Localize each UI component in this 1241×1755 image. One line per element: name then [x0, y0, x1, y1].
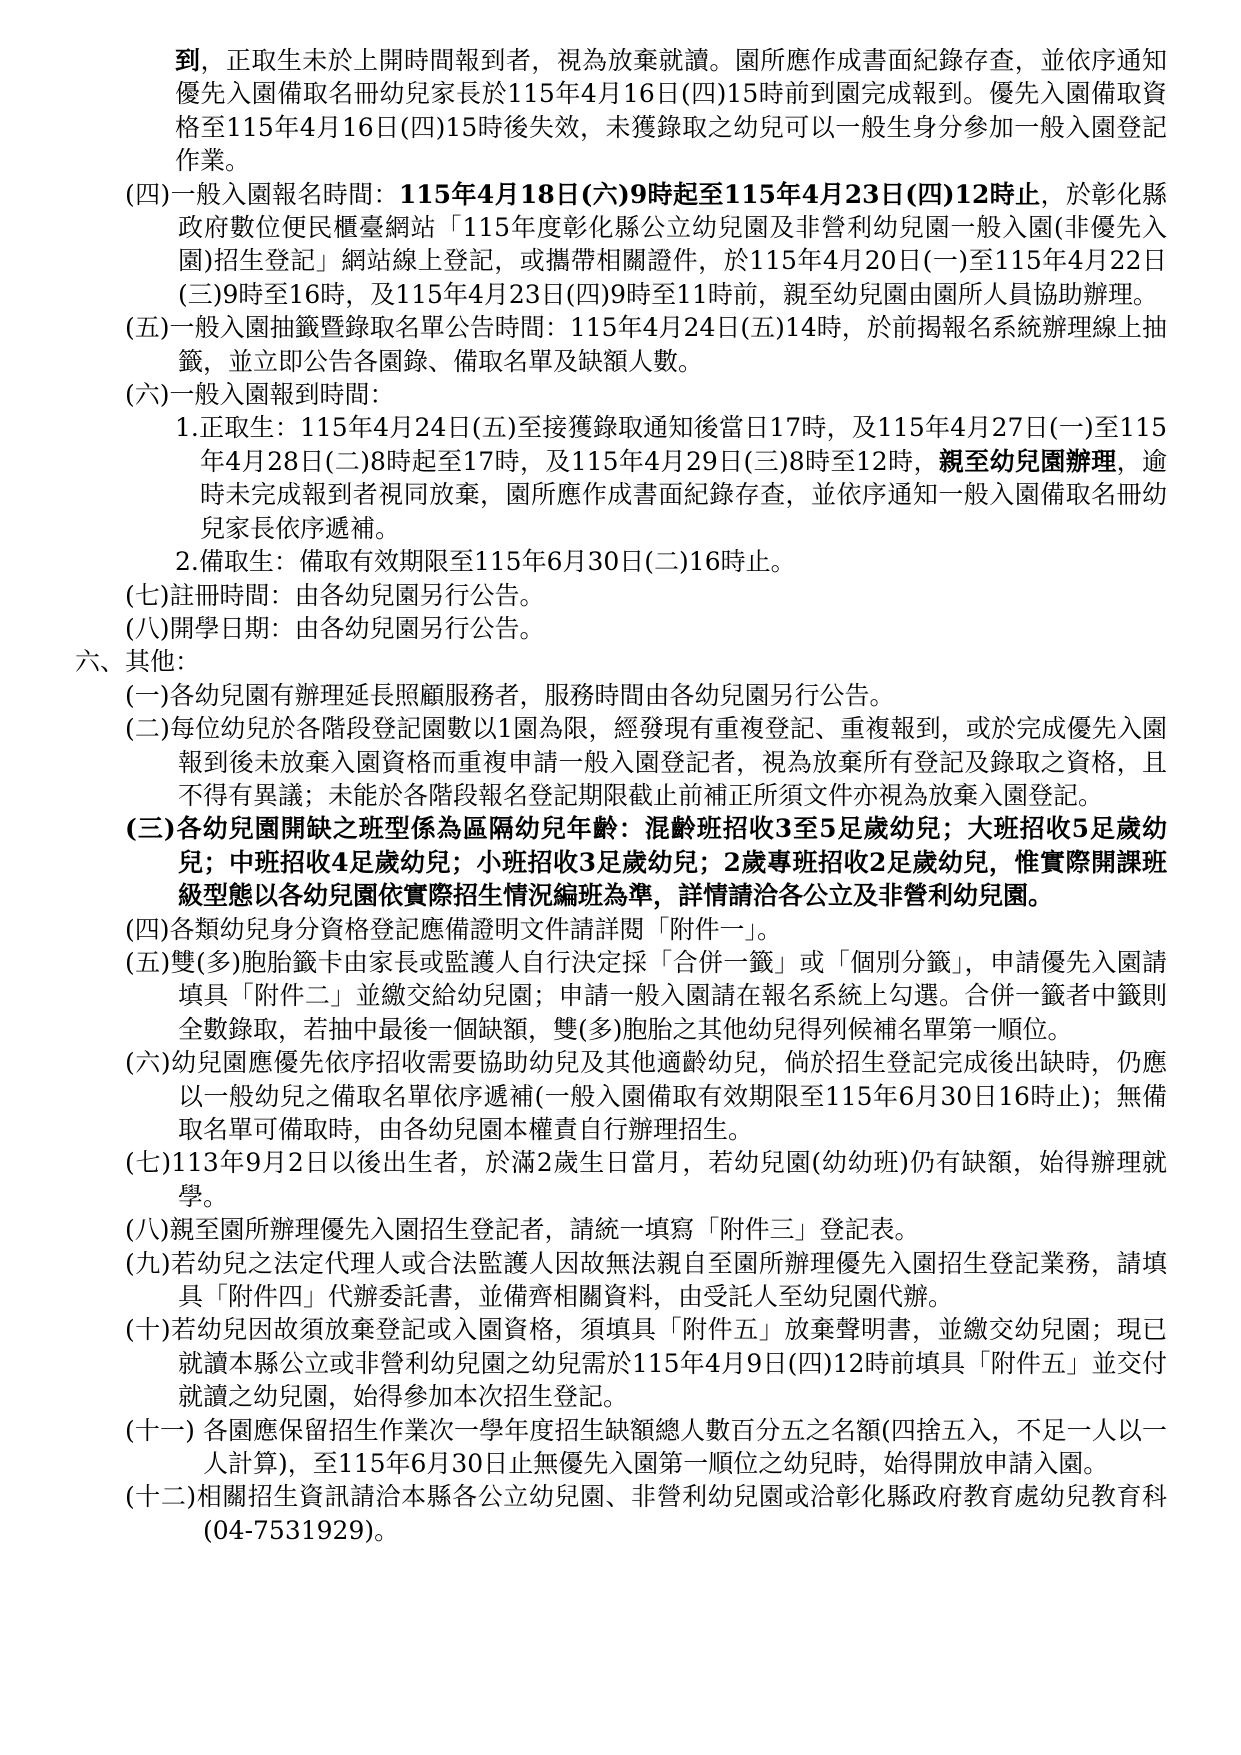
text-run: (七)113年9月2日以後出生者，於滿2歲生日當月，若幼兒園(幼幼班)仍有缺額，…: [125, 1148, 1167, 1210]
text-run: 親至幼兒園辦理: [939, 447, 1117, 476]
subitem-1-admitted-students: 1.正取生：115年4月24日(五)至接獲錄取通知後當日17時，及115年4月2…: [0, 411, 1167, 545]
other-4-required-documents: (四)各類幼兒身分資格登記應備證明文件請詳閱「附件一」。: [0, 913, 1167, 946]
section-6-others-heading: 六、其他：: [0, 645, 1167, 678]
text-run: (一)各幼兒園有辦理延長照顧服務者，服務時間由各幼兒園另行公告。: [125, 681, 895, 710]
text-run: (五)一般入園抽籤暨錄取名單公告時間：115年4月24日(五)14時，於前揭報名…: [125, 313, 1167, 375]
document-page: 到，正取生未於上開時間報到者，視為放棄就讀。園所應作成書面紀錄存查，並依序通知優…: [0, 0, 1241, 1755]
text-run: (十二)相關招生資訊請洽本縣各公立幼兒園、非營利幼兒園或洽彰化縣政府教育處幼兒教…: [125, 1482, 1167, 1544]
other-2-single-registration-limit: (二)每位幼兒於各階段登記園數以1園為限，經發現有重複登記、重複報到，或於完成優…: [0, 712, 1167, 812]
text-run: 115年4月18日(六)9時起至115年4月23日(四)12時止: [399, 180, 1041, 209]
other-9-proxy-registration: (九)若幼兒之法定代理人或合法監護人因故無法親自至園所辦理優先入園招生登記業務，…: [0, 1247, 1167, 1314]
text-run: (十一) 各園應保留招生作業次一學年度招生缺額總人數百分五之名額(四捨五入，不足…: [125, 1416, 1167, 1478]
other-11-reserved-quota: (十一) 各園應保留招生作業次一學年度招生缺額總人數百分五之名額(四捨五入，不足…: [0, 1414, 1167, 1481]
other-8-attachment-3-form: (八)親至園所辦理優先入園招生登記者，請統一填寫「附件三」登記表。: [0, 1213, 1167, 1246]
other-6-priority-admission-waitlist: (六)幼兒園應優先依序招收需要協助幼兒及其他適齡幼兒，倘於招生登記完成後出缺時，…: [0, 1046, 1167, 1146]
text-run: (四)各類幼兒身分資格登記應備證明文件請詳閱「附件一」。: [125, 915, 782, 944]
text-run: (三)各幼兒園開缺之班型係為區隔幼兒年齡：混齡班招收3至5足歲幼兒；大班招收5足…: [125, 814, 1167, 910]
item-7-enrollment-time: (七)註冊時間：由各幼兒園另行公告。: [0, 579, 1167, 612]
text-run: ，正取生未於上開時間報到者，視為放棄就讀。園所應作成書面紀錄存查，並依序通知優先…: [175, 46, 1167, 175]
other-1-extended-care: (一)各幼兒園有辦理延長照顧服務者，服務時間由各幼兒園另行公告。: [0, 679, 1167, 712]
text-run: (八)開學日期：由各幼兒園另行公告。: [125, 614, 545, 643]
item-5-lottery-announcement-time: (五)一般入園抽籤暨錄取名單公告時間：115年4月24日(五)14時，於前揭報名…: [0, 311, 1167, 378]
other-10-waiver-declaration: (十)若幼兒因故須放棄登記或入園資格，須填具「附件五」放棄聲明書，並繳交幼兒園；…: [0, 1313, 1167, 1413]
other-7-age-2-enrollment: (七)113年9月2日以後出生者，於滿2歲生日當月，若幼兒園(幼幼班)仍有缺額，…: [0, 1146, 1167, 1213]
text-run: (十)若幼兒因故須放棄登記或入園資格，須填具「附件五」放棄聲明書，並繳交幼兒園；…: [125, 1315, 1167, 1411]
other-12-contact-info: (十二)相關招生資訊請洽本縣各公立幼兒園、非營利幼兒園或洽彰化縣政府教育處幼兒教…: [0, 1480, 1167, 1547]
text-run: 2.備取生：備取有效期限至115年6月30日(二)16時止。: [175, 547, 796, 576]
item-8-school-start-date: (八)開學日期：由各幼兒園另行公告。: [0, 612, 1167, 645]
subitem-2-waitlist-students: 2.備取生：備取有效期限至115年6月30日(二)16時止。: [0, 545, 1167, 578]
other-3-class-types: (三)各幼兒園開缺之班型係為區隔幼兒年齡：混齡班招收3至5足歲幼兒；大班招收5足…: [0, 812, 1167, 912]
text-run: (二)每位幼兒於各階段登記園數以1園為限，經發現有重複登記、重複報到，或於完成優…: [125, 714, 1167, 810]
other-5-twins-lottery: (五)雙(多)胞胎籤卡由家長或監護人自行決定採「合併一籤」或「個別分籤」，申請優…: [0, 946, 1167, 1046]
text-run: (五)雙(多)胞胎籤卡由家長或監護人自行決定採「合併一籤」或「個別分籤」，申請優…: [125, 948, 1167, 1044]
text-run: 到: [175, 46, 200, 75]
text-run: 六、其他：: [75, 647, 200, 676]
text-run: (七)註冊時間：由各幼兒園另行公告。: [125, 581, 545, 610]
text-run: (八)親至園所辦理優先入園招生登記者，請統一填寫「附件三」登記表。: [125, 1215, 920, 1244]
para-report-deadline-continuation: 到，正取生未於上開時間報到者，視為放棄就讀。園所應作成書面紀錄存查，並依序通知優…: [0, 44, 1167, 178]
text-run: (六)幼兒園應優先依序招收需要協助幼兒及其他適齡幼兒，倘於招生登記完成後出缺時，…: [125, 1048, 1167, 1144]
text-run: (九)若幼兒之法定代理人或合法監護人因故無法親自至園所辦理優先入園招生登記業務，…: [125, 1249, 1167, 1311]
item-6-general-checkin-time: (六)一般入園報到時間：: [0, 378, 1167, 411]
item-4-general-registration-time: (四)一般入園報名時間：115年4月18日(六)9時起至115年4月23日(四)…: [0, 178, 1167, 312]
text-run: (四)一般入園報名時間：: [125, 180, 399, 209]
text-run: (六)一般入園報到時間：: [125, 380, 395, 409]
